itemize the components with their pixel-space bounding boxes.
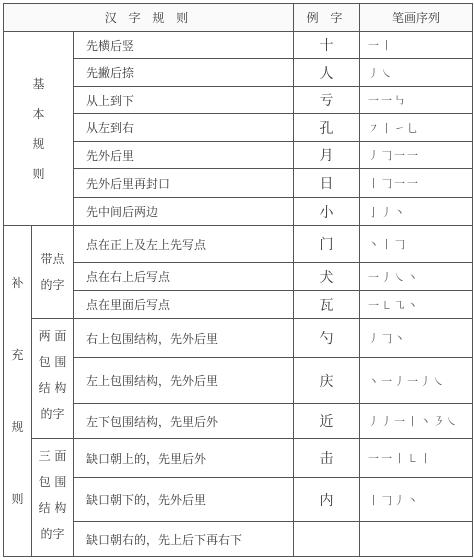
example-char: 人: [294, 59, 360, 87]
subgroup-label-two-sided: 两 面 包 围 结 构 的字: [32, 319, 74, 439]
table-row: 先撇后捺 人 丿㇏: [4, 59, 473, 87]
stroke-sequence: 一㇄㇈丶: [360, 291, 473, 319]
stroke-sequence: 丿㇏: [360, 59, 473, 87]
rule-text: 先中间后两边: [74, 198, 294, 226]
stroke-sequence: 一一丨㇄丨: [360, 439, 473, 478]
rule-text: 先撇后捺: [74, 59, 294, 87]
rule-text: 缺口朝上的，先里后外: [74, 439, 294, 478]
rule-text: 先外后里再封口: [74, 169, 294, 198]
stroke-sequence: 一一㇉: [360, 87, 473, 114]
example-char: [294, 522, 360, 557]
supplementary-group-label: 补 充 规 则: [4, 226, 32, 557]
table-row: 从上到下 亏 一一㇉: [4, 87, 473, 114]
rule-text: 点在正上及左上先写点: [74, 226, 294, 263]
rule-text: 缺口朝右的，先上后下再右下: [74, 522, 294, 557]
rule-text: 左下包围结构，先里后外: [74, 404, 294, 439]
table-row: 三 面 包 围 结 构 的字 缺口朝上的，先里后外 击 一一丨㇄丨: [4, 439, 473, 478]
example-char: 门: [294, 226, 360, 263]
subgroup-label-three-sided: 三 面 包 围 结 构 的字: [32, 439, 74, 557]
header-rule: 汉 字 规 则: [4, 4, 294, 32]
example-char: 十: [294, 32, 360, 59]
table-row: 左下包围结构，先里后外 近 丿丿一丨丶㇋㇏: [4, 404, 473, 439]
example-char: 内: [294, 478, 360, 522]
rule-text: 左上包围结构，先外后里: [74, 358, 294, 404]
table-row: 缺口朝右的，先上后下再右下: [4, 522, 473, 557]
stroke-sequence: ㇇丨㇀乚: [360, 114, 473, 142]
stroke-sequence: 一丨: [360, 32, 473, 59]
table-row: 两 面 包 围 结 构 的字 右上包围结构，先外后里 勺 丿𠃌丶: [4, 319, 473, 358]
example-char: 小: [294, 198, 360, 226]
table-row: 先外后里 月 丿𠃌一一: [4, 142, 473, 169]
basic-group-label: 基 本 规 则: [4, 32, 74, 226]
example-char: 亏: [294, 87, 360, 114]
example-char: 日: [294, 169, 360, 198]
stroke-sequence: 丨𠃌一一: [360, 169, 473, 198]
rule-text: 点在里面后写点: [74, 291, 294, 319]
stroke-sequence: 丶一丿一丿㇏: [360, 358, 473, 404]
example-char: 近: [294, 404, 360, 439]
example-char: 月: [294, 142, 360, 169]
example-char: 庆: [294, 358, 360, 404]
example-char: 孔: [294, 114, 360, 142]
example-char: 瓦: [294, 291, 360, 319]
stroke-sequence: 丨𠃌丿丶: [360, 478, 473, 522]
rule-text: 从左到右: [74, 114, 294, 142]
header-sequence: 笔画序列: [360, 4, 473, 32]
rule-text: 右上包围结构，先外后里: [74, 319, 294, 358]
example-char: 勺: [294, 319, 360, 358]
stroke-sequence: 亅丿丶: [360, 198, 473, 226]
table-row: 基 本 规 则 先横后竖 十 一丨: [4, 32, 473, 59]
header-row: 汉 字 规 则 例 字 笔画序列: [4, 4, 473, 32]
stroke-sequence: 丿𠃌丶: [360, 319, 473, 358]
table-row: 缺口朝下的，先外后里 内 丨𠃌丿丶: [4, 478, 473, 522]
stroke-sequence: 丿𠃌一一: [360, 142, 473, 169]
stroke-sequence: 丿丿一丨丶㇋㇏: [360, 404, 473, 439]
example-char: 击: [294, 439, 360, 478]
table-row: 补 充 规 则 带点 的字 点在正上及左上先写点 门 丶丨𠃌: [4, 226, 473, 263]
rule-text: 先横后竖: [74, 32, 294, 59]
table-row: 先外后里再封口 日 丨𠃌一一: [4, 169, 473, 198]
table-row: 点在里面后写点 瓦 一㇄㇈丶: [4, 291, 473, 319]
table-row: 从左到右 孔 ㇇丨㇀乚: [4, 114, 473, 142]
rule-text: 缺口朝下的，先外后里: [74, 478, 294, 522]
stroke-sequence: [360, 522, 473, 557]
stroke-order-rules-table: 汉 字 规 则 例 字 笔画序列 基 本 规 则 先横后竖 十 一丨 先撇后捺 …: [3, 3, 473, 557]
table-row: 先中间后两边 小 亅丿丶: [4, 198, 473, 226]
rule-text: 从上到下: [74, 87, 294, 114]
stroke-sequence: 丶丨𠃌: [360, 226, 473, 263]
subgroup-label-dot: 带点 的字: [32, 226, 74, 319]
header-example: 例 字: [294, 4, 360, 32]
table-row: 左上包围结构，先外后里 庆 丶一丿一丿㇏: [4, 358, 473, 404]
table-row: 点在右上后写点 犬 一丿㇏丶: [4, 263, 473, 291]
example-char: 犬: [294, 263, 360, 291]
rule-text: 点在右上后写点: [74, 263, 294, 291]
rule-text: 先外后里: [74, 142, 294, 169]
stroke-sequence: 一丿㇏丶: [360, 263, 473, 291]
